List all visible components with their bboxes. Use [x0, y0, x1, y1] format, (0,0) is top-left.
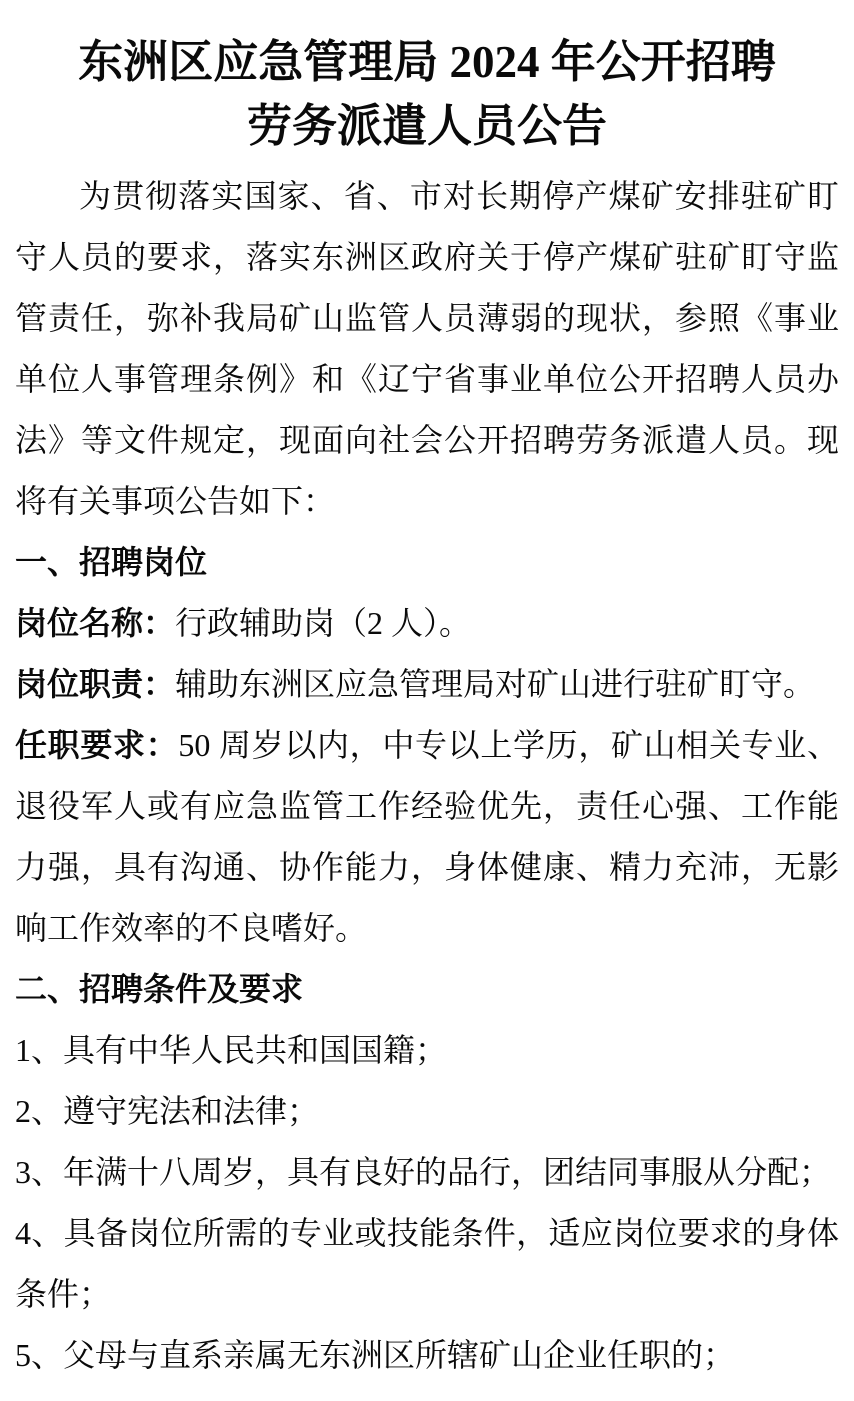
condition-item-1: 1、具有中华人民共和国国籍；	[15, 1020, 839, 1081]
section-2-heading: 二、招聘条件及要求	[15, 959, 839, 1020]
condition-item-4: 4、具备岗位所需的专业或技能条件，适应岗位要求的身体条件；	[15, 1203, 839, 1325]
condition-item-3: 3、年满十八周岁，具有良好的品行，团结同事服从分配；	[15, 1142, 839, 1203]
job-duty-label: 岗位职责：	[15, 666, 175, 702]
job-name-paragraph: 岗位名称：行政辅助岗（2 人）。	[15, 593, 839, 654]
announcement-document: 东洲区应急管理局 2024 年公开招聘 劳务派遣人员公告 为贯彻落实国家、省、市…	[0, 0, 854, 1401]
section-1-heading: 一、招聘岗位	[15, 532, 839, 593]
intro-paragraph: 为贯彻落实国家、省、市对长期停产煤矿安排驻矿盯守人员的要求，落实东洲区政府关于停…	[15, 166, 839, 532]
document-title-line-2: 劳务派遣人员公告	[15, 94, 839, 158]
job-name-value: 行政辅助岗（2 人）。	[175, 605, 471, 641]
document-title-line-1: 东洲区应急管理局 2024 年公开招聘	[15, 30, 839, 94]
job-duty-paragraph: 岗位职责：辅助东洲区应急管理局对矿山进行驻矿盯守。	[15, 654, 839, 715]
job-requirements-paragraph: 任职要求：50 周岁以内，中专以上学历，矿山相关专业、退役军人或有应急监管工作经…	[15, 715, 839, 959]
job-requirements-label: 任职要求：	[15, 727, 178, 763]
job-duty-value: 辅助东洲区应急管理局对矿山进行驻矿盯守。	[175, 666, 815, 702]
job-name-label: 岗位名称：	[15, 605, 175, 641]
condition-item-2: 2、遵守宪法和法律；	[15, 1081, 839, 1142]
condition-item-5: 5、父母与直系亲属无东洲区所辖矿山企业任职的；	[15, 1325, 839, 1386]
document-title: 东洲区应急管理局 2024 年公开招聘 劳务派遣人员公告	[15, 30, 839, 158]
